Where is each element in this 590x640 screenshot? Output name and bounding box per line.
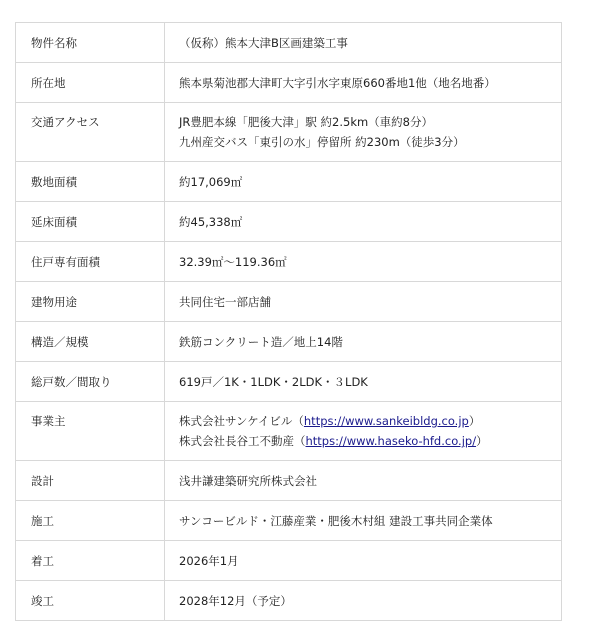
- value-design: 浅井謙建築研究所株式会社: [165, 461, 562, 501]
- haseko-link[interactable]: https://www.haseko-hfd.co.jp/: [306, 434, 477, 448]
- row-site-area: 敷地面積 約17,069㎡: [16, 162, 562, 202]
- label-building-use: 建物用途: [16, 282, 165, 322]
- value-property-name: （仮称）熊本大津B区画建築工事: [165, 23, 562, 63]
- value-floor-area: 約45,338㎡: [165, 202, 562, 242]
- value-construction: サンコービルド・江藤産業・肥後木村組 建設工事共同企業体: [165, 501, 562, 541]
- row-developer: 事業主 株式会社サンケイビル（https://www.sankeibldg.co…: [16, 402, 562, 461]
- value-structure: 鉄筋コンクリート造／地上14階: [165, 322, 562, 362]
- value-unit-area: 32.39㎡～119.36㎡: [165, 242, 562, 282]
- label-location: 所在地: [16, 63, 165, 103]
- sankei-link[interactable]: https://www.sankeibldg.co.jp: [304, 414, 469, 428]
- value-building-use: 共同住宅一部店舗: [165, 282, 562, 322]
- value-access: JR豊肥本線「肥後大津」駅 約2.5km（車約8分） 九州産交バス「東引の水」停…: [165, 103, 562, 162]
- value-start: 2026年1月: [165, 541, 562, 581]
- label-units: 総戸数／間取り: [16, 362, 165, 402]
- label-floor-area: 延床面積: [16, 202, 165, 242]
- value-site-area: 約17,069㎡: [165, 162, 562, 202]
- row-location: 所在地 熊本県菊池郡大津町大字引水字東原660番地1他（地名地番）: [16, 63, 562, 103]
- value-completion: 2028年12月（予定）: [165, 581, 562, 621]
- label-completion: 竣工: [16, 581, 165, 621]
- row-completion: 竣工 2028年12月（予定）: [16, 581, 562, 621]
- value-location: 熊本県菊池郡大津町大字引水字東原660番地1他（地名地番）: [165, 63, 562, 103]
- row-construction: 施工 サンコービルド・江藤産業・肥後木村組 建設工事共同企業体: [16, 501, 562, 541]
- label-property-name: 物件名称: [16, 23, 165, 63]
- row-structure: 構造／規模 鉄筋コンクリート造／地上14階: [16, 322, 562, 362]
- row-building-use: 建物用途 共同住宅一部店舗: [16, 282, 562, 322]
- project-overview-table: 物件名称 （仮称）熊本大津B区画建築工事 所在地 熊本県菊池郡大津町大字引水字東…: [15, 22, 562, 621]
- label-construction: 施工: [16, 501, 165, 541]
- developer-haseko: 株式会社長谷工不動産（https://www.haseko-hfd.co.jp/…: [179, 431, 561, 451]
- label-access: 交通アクセス: [16, 103, 165, 162]
- row-floor-area: 延床面積 約45,338㎡: [16, 202, 562, 242]
- row-property-name: 物件名称 （仮称）熊本大津B区画建築工事: [16, 23, 562, 63]
- row-access: 交通アクセス JR豊肥本線「肥後大津」駅 約2.5km（車約8分） 九州産交バス…: [16, 103, 562, 162]
- access-bus: 九州産交バス「東引の水」停留所 約230m（徒歩3分）: [179, 132, 561, 152]
- label-site-area: 敷地面積: [16, 162, 165, 202]
- access-train: JR豊肥本線「肥後大津」駅 約2.5km（車約8分）: [179, 112, 561, 132]
- row-units: 総戸数／間取り 619戸／1K・1LDK・2LDK・３LDK: [16, 362, 562, 402]
- value-developer: 株式会社サンケイビル（https://www.sankeibldg.co.jp）…: [165, 402, 562, 461]
- row-design: 設計 浅井謙建築研究所株式会社: [16, 461, 562, 501]
- row-unit-area: 住戸専有面積 32.39㎡～119.36㎡: [16, 242, 562, 282]
- label-developer: 事業主: [16, 402, 165, 461]
- label-design: 設計: [16, 461, 165, 501]
- label-start: 着工: [16, 541, 165, 581]
- value-units: 619戸／1K・1LDK・2LDK・３LDK: [165, 362, 562, 402]
- developer-sankei: 株式会社サンケイビル（https://www.sankeibldg.co.jp）: [179, 411, 561, 431]
- label-structure: 構造／規模: [16, 322, 165, 362]
- row-start: 着工 2026年1月: [16, 541, 562, 581]
- label-unit-area: 住戸専有面積: [16, 242, 165, 282]
